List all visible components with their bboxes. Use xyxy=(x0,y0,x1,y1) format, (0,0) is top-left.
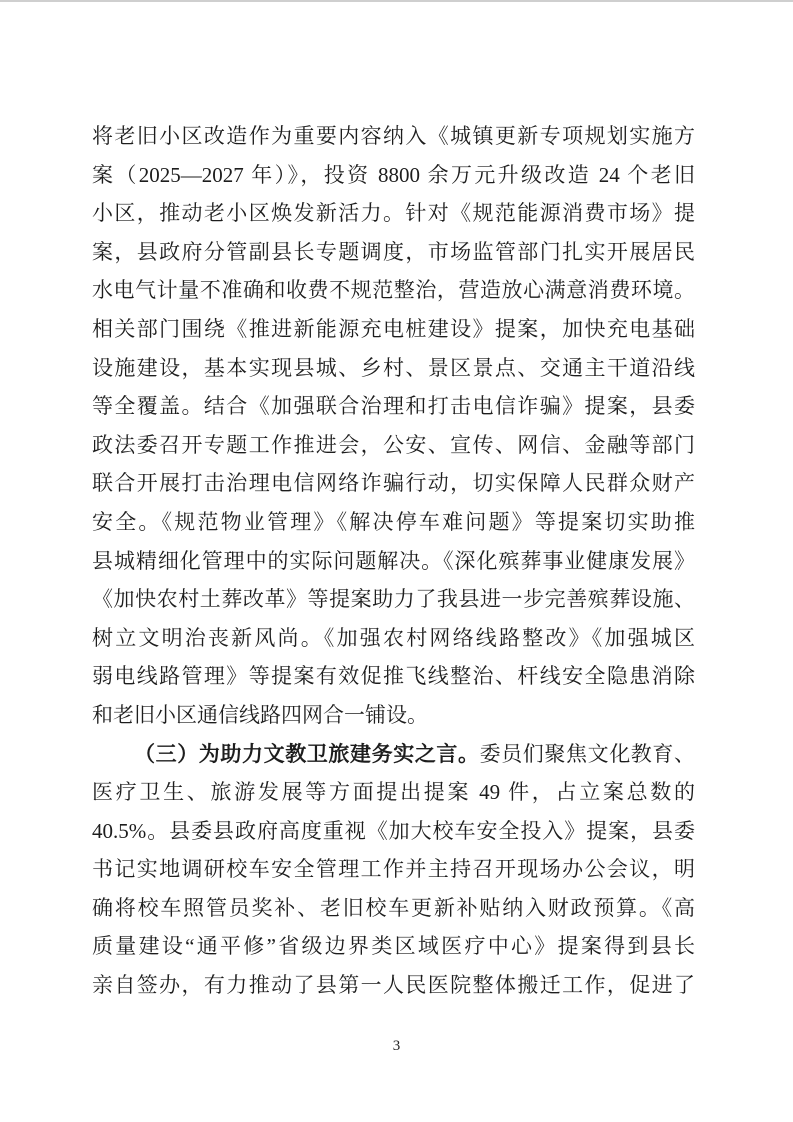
text-segment: 水电气计量不准确和收费不规范整治，营造放心满意消费环境。 xyxy=(92,278,695,302)
text-line: 质量建设“通平修”省级边界类区域医疗中心》提案得到县长 xyxy=(92,927,695,966)
text-segment: 安全。《规范物业管理》《解决停车难问题》等提案切实助推 xyxy=(92,510,695,534)
text-line: 等全覆盖。结合《加强联合治理和打击电信诈骗》提案，县委 xyxy=(92,387,695,426)
text-line: 医疗卫生、旅游发展等方面提出提案 49 件，占立案总数的 xyxy=(92,773,695,812)
text-line: 和老旧小区通信线路四网合一铺设。 xyxy=(92,696,695,735)
text-segment: 相关部门围绕《推进新能源充电桩建设》提案，加快充电基础 xyxy=(92,317,695,341)
text-segment: 40.5%。县委县政府高度重视《加大校车安全投入》提案，县委 xyxy=(92,819,695,843)
text-line: 相关部门围绕《推进新能源充电桩建设》提案，加快充电基础 xyxy=(92,310,695,349)
text-segment: 委员们聚焦文化教育、 xyxy=(480,742,695,766)
text-segment: 《加快农村土葬改革》等提案助力了我县进一步完善殡葬设施、 xyxy=(92,587,695,611)
text-segment: 将老旧小区改造作为重要内容纳入《城镇更新专项规划实施方 xyxy=(92,124,695,148)
page-number: 3 xyxy=(0,1036,793,1056)
text-segment: 弱电线路管理》等提案有效促推飞线整治、杆线安全隐患消除 xyxy=(92,664,695,688)
text-segment: 小区，推动老小区焕发新活力。针对《规范能源消费市场》提 xyxy=(92,201,695,225)
text-segment: 设施建设，基本实现县城、乡村、景区景点、交通主干道沿线 xyxy=(92,356,695,380)
text-segment: 案，县政府分管副县长专题调度，市场监管部门扎实开展居民 xyxy=(92,240,695,264)
document-text: 将老旧小区改造作为重要内容纳入《城镇更新专项规划实施方案（2025—2027 年… xyxy=(92,117,695,1005)
text-line: 书记实地调研校车安全管理工作并主持召开现场办公会议，明 xyxy=(92,850,695,889)
text-line: 树立文明治丧新风尚。《加强农村网络线路整改》《加强城区 xyxy=(92,619,695,658)
text-segment: 书记实地调研校车安全管理工作并主持召开现场办公会议，明 xyxy=(92,857,695,881)
text-segment: 政法委召开专题工作推进会，公安、宣传、网信、金融等部门 xyxy=(92,433,695,457)
text-line: 弱电线路管理》等提案有效促推飞线整治、杆线安全隐患消除 xyxy=(92,657,695,696)
text-line: 设施建设，基本实现县城、乡村、景区景点、交通主干道沿线 xyxy=(92,349,695,388)
text-segment: 等全覆盖。结合《加强联合治理和打击电信诈骗》提案，县委 xyxy=(92,394,695,418)
text-line: 确将校车照管员奖补、老旧校车更新补贴纳入财政预算。《高 xyxy=(92,889,695,928)
text-line: 亲自签办，有力推动了县第一人民医院整体搬迁工作，促进了 xyxy=(92,966,695,1005)
text-line: （三）为助力文教卫旅建务实之言。委员们聚焦文化教育、 xyxy=(92,735,695,774)
text-line: 《加快农村土葬改革》等提案助力了我县进一步完善殡葬设施、 xyxy=(92,580,695,619)
text-line: 小区，推动老小区焕发新活力。针对《规范能源消费市场》提 xyxy=(92,194,695,233)
text-segment: 确将校车照管员奖补、老旧校车更新补贴纳入财政预算。《高 xyxy=(92,896,695,920)
text-line: 水电气计量不准确和收费不规范整治，营造放心满意消费环境。 xyxy=(92,271,695,310)
text-segment: 县城精细化管理中的实际问题解决。《深化殡葬事业健康发展》 xyxy=(92,549,695,573)
text-segment: 案（2025—2027 年）》，投资 8800 余万元升级改造 24 个老旧 xyxy=(92,163,695,187)
text-line: 政法委召开专题工作推进会，公安、宣传、网信、金融等部门 xyxy=(92,426,695,465)
text-line: 40.5%。县委县政府高度重视《加大校车安全投入》提案，县委 xyxy=(92,812,695,851)
text-line: 联合开展打击治理电信网络诈骗行动，切实保障人民群众财产 xyxy=(92,464,695,503)
text-line: 案（2025—2027 年）》，投资 8800 余万元升级改造 24 个老旧 xyxy=(92,156,695,195)
text-line: 将老旧小区改造作为重要内容纳入《城镇更新专项规划实施方 xyxy=(92,117,695,156)
text-segment: 和老旧小区通信线路四网合一铺设。 xyxy=(92,703,428,727)
text-line: 县城精细化管理中的实际问题解决。《深化殡葬事业健康发展》 xyxy=(92,542,695,581)
text-segment: 联合开展打击治理电信网络诈骗行动，切实保障人民群众财产 xyxy=(92,471,695,495)
text-segment: 医疗卫生、旅游发展等方面提出提案 49 件，占立案总数的 xyxy=(92,780,695,804)
text-line: 安全。《规范物业管理》《解决停车难问题》等提案切实助推 xyxy=(92,503,695,542)
text-segment: 树立文明治丧新风尚。《加强农村网络线路整改》《加强城区 xyxy=(92,626,695,650)
text-segment: 亲自签办，有力推动了县第一人民医院整体搬迁工作，促进了 xyxy=(92,973,695,997)
page-top-edge xyxy=(0,0,793,2)
text-line: 案，县政府分管副县长专题调度，市场监管部门扎实开展居民 xyxy=(92,233,695,272)
section-heading-segment: （三）为助力文教卫旅建务实之言。 xyxy=(134,742,480,766)
text-segment: 质量建设“通平修”省级边界类区域医疗中心》提案得到县长 xyxy=(92,934,695,958)
